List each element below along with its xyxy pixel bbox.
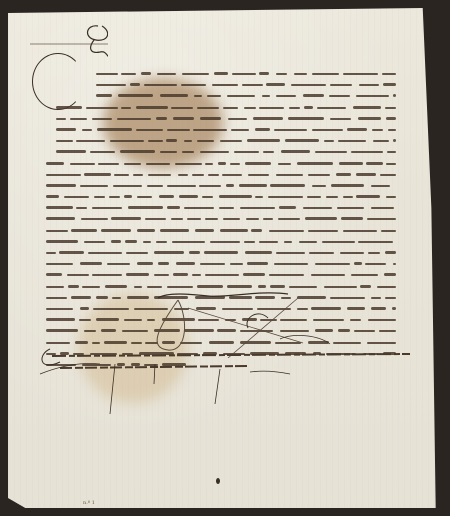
handwritten-line	[46, 146, 401, 157]
handwritten-line	[46, 90, 401, 101]
handwritten-line	[46, 102, 401, 113]
handwritten-line	[46, 180, 401, 191]
handwritten-line	[46, 135, 401, 146]
handwritten-line	[46, 191, 401, 202]
handwritten-line	[46, 258, 401, 269]
handwritten-line	[46, 79, 401, 90]
handwritten-line	[46, 158, 401, 169]
handwritten-line	[46, 113, 401, 124]
svg-text:Yo el Rey: Yo el Rey	[207, 295, 246, 304]
handwritten-line	[46, 202, 401, 213]
manuscript-page: Doña Juana ... por la gracia de Dios Rey…	[8, 8, 440, 508]
handwritten-line	[46, 225, 401, 236]
handwritten-line	[46, 169, 401, 180]
handwritten-line	[46, 213, 401, 224]
handwritten-line	[46, 236, 401, 247]
handwritten-line	[46, 269, 401, 280]
handwritten-line	[46, 68, 401, 79]
handwritten-line	[46, 247, 401, 258]
archival-mark: n.º 1	[83, 500, 95, 506]
secretary-subscription: Yo Miguel Perez de Almaçan secretario de…	[48, 356, 428, 386]
handwritten-line	[46, 124, 401, 135]
ink-blot	[216, 478, 220, 484]
